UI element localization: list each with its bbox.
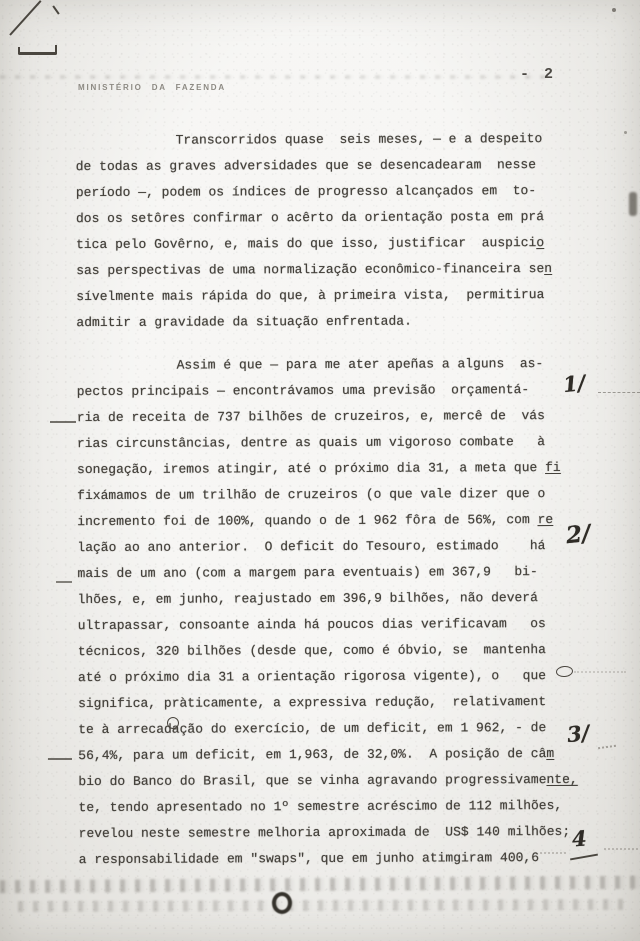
typed-line: dos os setôres confirmar o acêrto da ori…	[76, 204, 576, 232]
pen-diagonal-stroke	[9, 0, 41, 36]
line-text: 56,4%, para um deficit, em 1,963, de 32,…	[78, 746, 546, 763]
typed-line: sas perspectivas de uma normalização eco…	[76, 256, 576, 284]
typed-line: bio do Banco do Brasil, que se vinha agr…	[78, 767, 578, 795]
line-underlined-tail: o	[536, 235, 544, 250]
circle-mark-trail	[574, 671, 626, 673]
line-underlined-tail: m	[546, 746, 554, 761]
paragraph-1: Transcorridos quase seis meses, — e a de…	[76, 126, 577, 336]
line-text: lação ao ano anterior. O deficit do Teso…	[77, 538, 545, 555]
line-text: significa, pràticamente, a expressiva re…	[78, 694, 546, 711]
trail-note-3	[598, 745, 616, 749]
line-text: te, tendo apresentado no 1º semestre acr…	[78, 798, 562, 815]
typed-line: sívelmente mais rápida do que, à primeir…	[76, 282, 576, 310]
line-text: a responsabilidade em "swaps", que em ju…	[79, 850, 539, 867]
typed-line: admitir a gravidade da situação enfrenta…	[76, 308, 576, 336]
line-text: tica pelo Govêrno, e, mais do que isso, …	[76, 235, 536, 252]
line-underlined-tail: n	[544, 261, 552, 276]
typed-line: até o próximo dia 31 a orientação rigoro…	[78, 663, 578, 691]
trail-note-1	[598, 392, 640, 393]
typed-line: rias circunstâncias, dentre as quais um …	[77, 429, 577, 457]
typed-line: pectos principais — encontrávamos uma pr…	[77, 377, 577, 405]
line-text: Assim é que — para me ater apeñas a algu…	[177, 356, 544, 373]
line-text: bio do Banco do Brasil, que se vinha agr…	[78, 772, 546, 789]
typed-line: de todas as graves adversidades que se d…	[76, 152, 576, 180]
trail-note-4-right	[604, 848, 638, 850]
line-text: admitir a gravidade da situação enfrenta…	[76, 314, 412, 330]
circle-mark-exercicio	[167, 717, 179, 729]
paragraph-2: Assim é que — para me ater apeñas a algu…	[77, 351, 579, 873]
line-text: sas perspectivas de uma normalização eco…	[76, 261, 544, 278]
pen-tick-mark	[52, 5, 59, 14]
line-text: ria de receita de 737 bilhões de cruzeir…	[77, 408, 545, 425]
line-text: sívelmente mais rápida do que, à primeir…	[76, 287, 544, 304]
line-text: te à arrecadação do exercício, de um def…	[78, 720, 546, 737]
bottom-smudge-band-2	[18, 899, 623, 912]
typed-line: fixámamos de um trilhão de cruzeiros (o …	[77, 481, 577, 509]
speck-right-mid	[624, 131, 627, 134]
margin-dash-1	[50, 421, 76, 423]
typed-line: tica pelo Govêrno, e, mais do que isso, …	[76, 230, 576, 258]
scanned-document-page: MINISTÉRIO DA FAZENDA - 2 Transcorridos …	[0, 0, 640, 941]
line-text: pectos principais — encontrávamos uma pr…	[77, 382, 530, 399]
line-underlined-tail: nte,	[546, 772, 577, 787]
line-underlined-tail: fi	[545, 460, 561, 475]
line-text: rias circunstâncias, dentre as quais um …	[77, 434, 545, 451]
line-text: técnicos, 320 bilhões (desde que, como é…	[78, 642, 546, 659]
edge-smudge	[629, 192, 637, 216]
line-text: lhões, e, em junho, reajustado em 396,9 …	[78, 590, 538, 607]
margin-note-4: 4	[571, 826, 587, 852]
bottom-smudge-band-1	[0, 876, 640, 893]
typed-line: mais de um ano (com a margem para eventu…	[77, 559, 577, 587]
margin-note-1: 1/	[562, 370, 587, 397]
line-text: dos os setôres confirmar o acêrto da ori…	[76, 209, 544, 226]
margin-dash-2	[56, 581, 72, 583]
speck-top-right	[612, 8, 616, 12]
bottom-ink-blob	[272, 892, 292, 914]
line-text: até o próximo dia 31 a orientação rigoro…	[78, 668, 546, 685]
typed-line: te, tendo apresentado no 1º semestre acr…	[78, 793, 578, 821]
typed-line: lhões, e, em junho, reajustado em 396,9 …	[78, 585, 578, 613]
pen-bracket-bar	[18, 52, 57, 55]
margin-note-3: 3/	[566, 720, 591, 747]
line-text: mais de um ano (com a margem para eventu…	[77, 564, 537, 581]
typed-line: 56,4%, para um deficit, em 1,963, de 32,…	[78, 741, 578, 769]
line-text: incremento foi de 100%, quando o de 1 96…	[77, 512, 537, 529]
typed-line: significa, pràticamente, a expressiva re…	[78, 689, 578, 717]
typed-line: te à arrecadação do exercício, de um def…	[78, 715, 578, 743]
page-number: - 2	[520, 66, 556, 83]
line-text: fixámamos de um trilhão de cruzeiros (o …	[77, 486, 545, 503]
pen-bracket-hook-left	[18, 47, 20, 54]
line-text: Transcorridos quase seis meses, — e a de…	[176, 131, 543, 148]
margin-dash-3	[48, 758, 72, 760]
typed-line: revelou neste semestre melhoria aproxima…	[79, 819, 579, 847]
top-smudge-band	[0, 75, 555, 79]
typed-line: Assim é que — para me ater apeñas a algu…	[77, 351, 577, 379]
typed-line: a responsabilidade em "swaps", que em ju…	[79, 845, 579, 873]
line-text: revelou neste semestre melhoria aproxima…	[79, 824, 571, 841]
typed-body: Transcorridos quase seis meses, — e a de…	[75, 0, 575, 1]
line-underlined-tail: re	[538, 512, 554, 527]
typed-line: lação ao ano anterior. O deficit do Teso…	[77, 533, 577, 561]
line-text: de todas as graves adversidades que se d…	[76, 157, 536, 174]
pen-bracket-hook-right	[55, 45, 57, 54]
typed-line: período —, podem os índices de progresso…	[76, 178, 576, 206]
typed-line: sonegação, iremos atingir, até o próximo…	[77, 455, 577, 483]
typed-line: ria de receita de 737 bilhões de cruzeir…	[77, 403, 577, 431]
line-text: sonegação, iremos atingir, até o próximo…	[77, 460, 545, 477]
line-text: período —, podem os índices de progresso…	[76, 183, 536, 200]
margin-note-2: 2/	[565, 520, 592, 549]
letterhead-ministry: MINISTÉRIO DA FAZENDA	[78, 83, 226, 92]
trail-note-4-left	[540, 852, 566, 854]
typed-line: Transcorridos quase seis meses, — e a de…	[76, 126, 576, 154]
line-text: ultrapassar, consoante ainda há poucos d…	[78, 616, 546, 633]
typed-line: ultrapassar, consoante ainda há poucos d…	[78, 611, 578, 639]
typed-line: técnicos, 320 bilhões (desde que, como é…	[78, 637, 578, 665]
typed-line: incremento foi de 100%, quando o de 1 96…	[77, 507, 577, 535]
